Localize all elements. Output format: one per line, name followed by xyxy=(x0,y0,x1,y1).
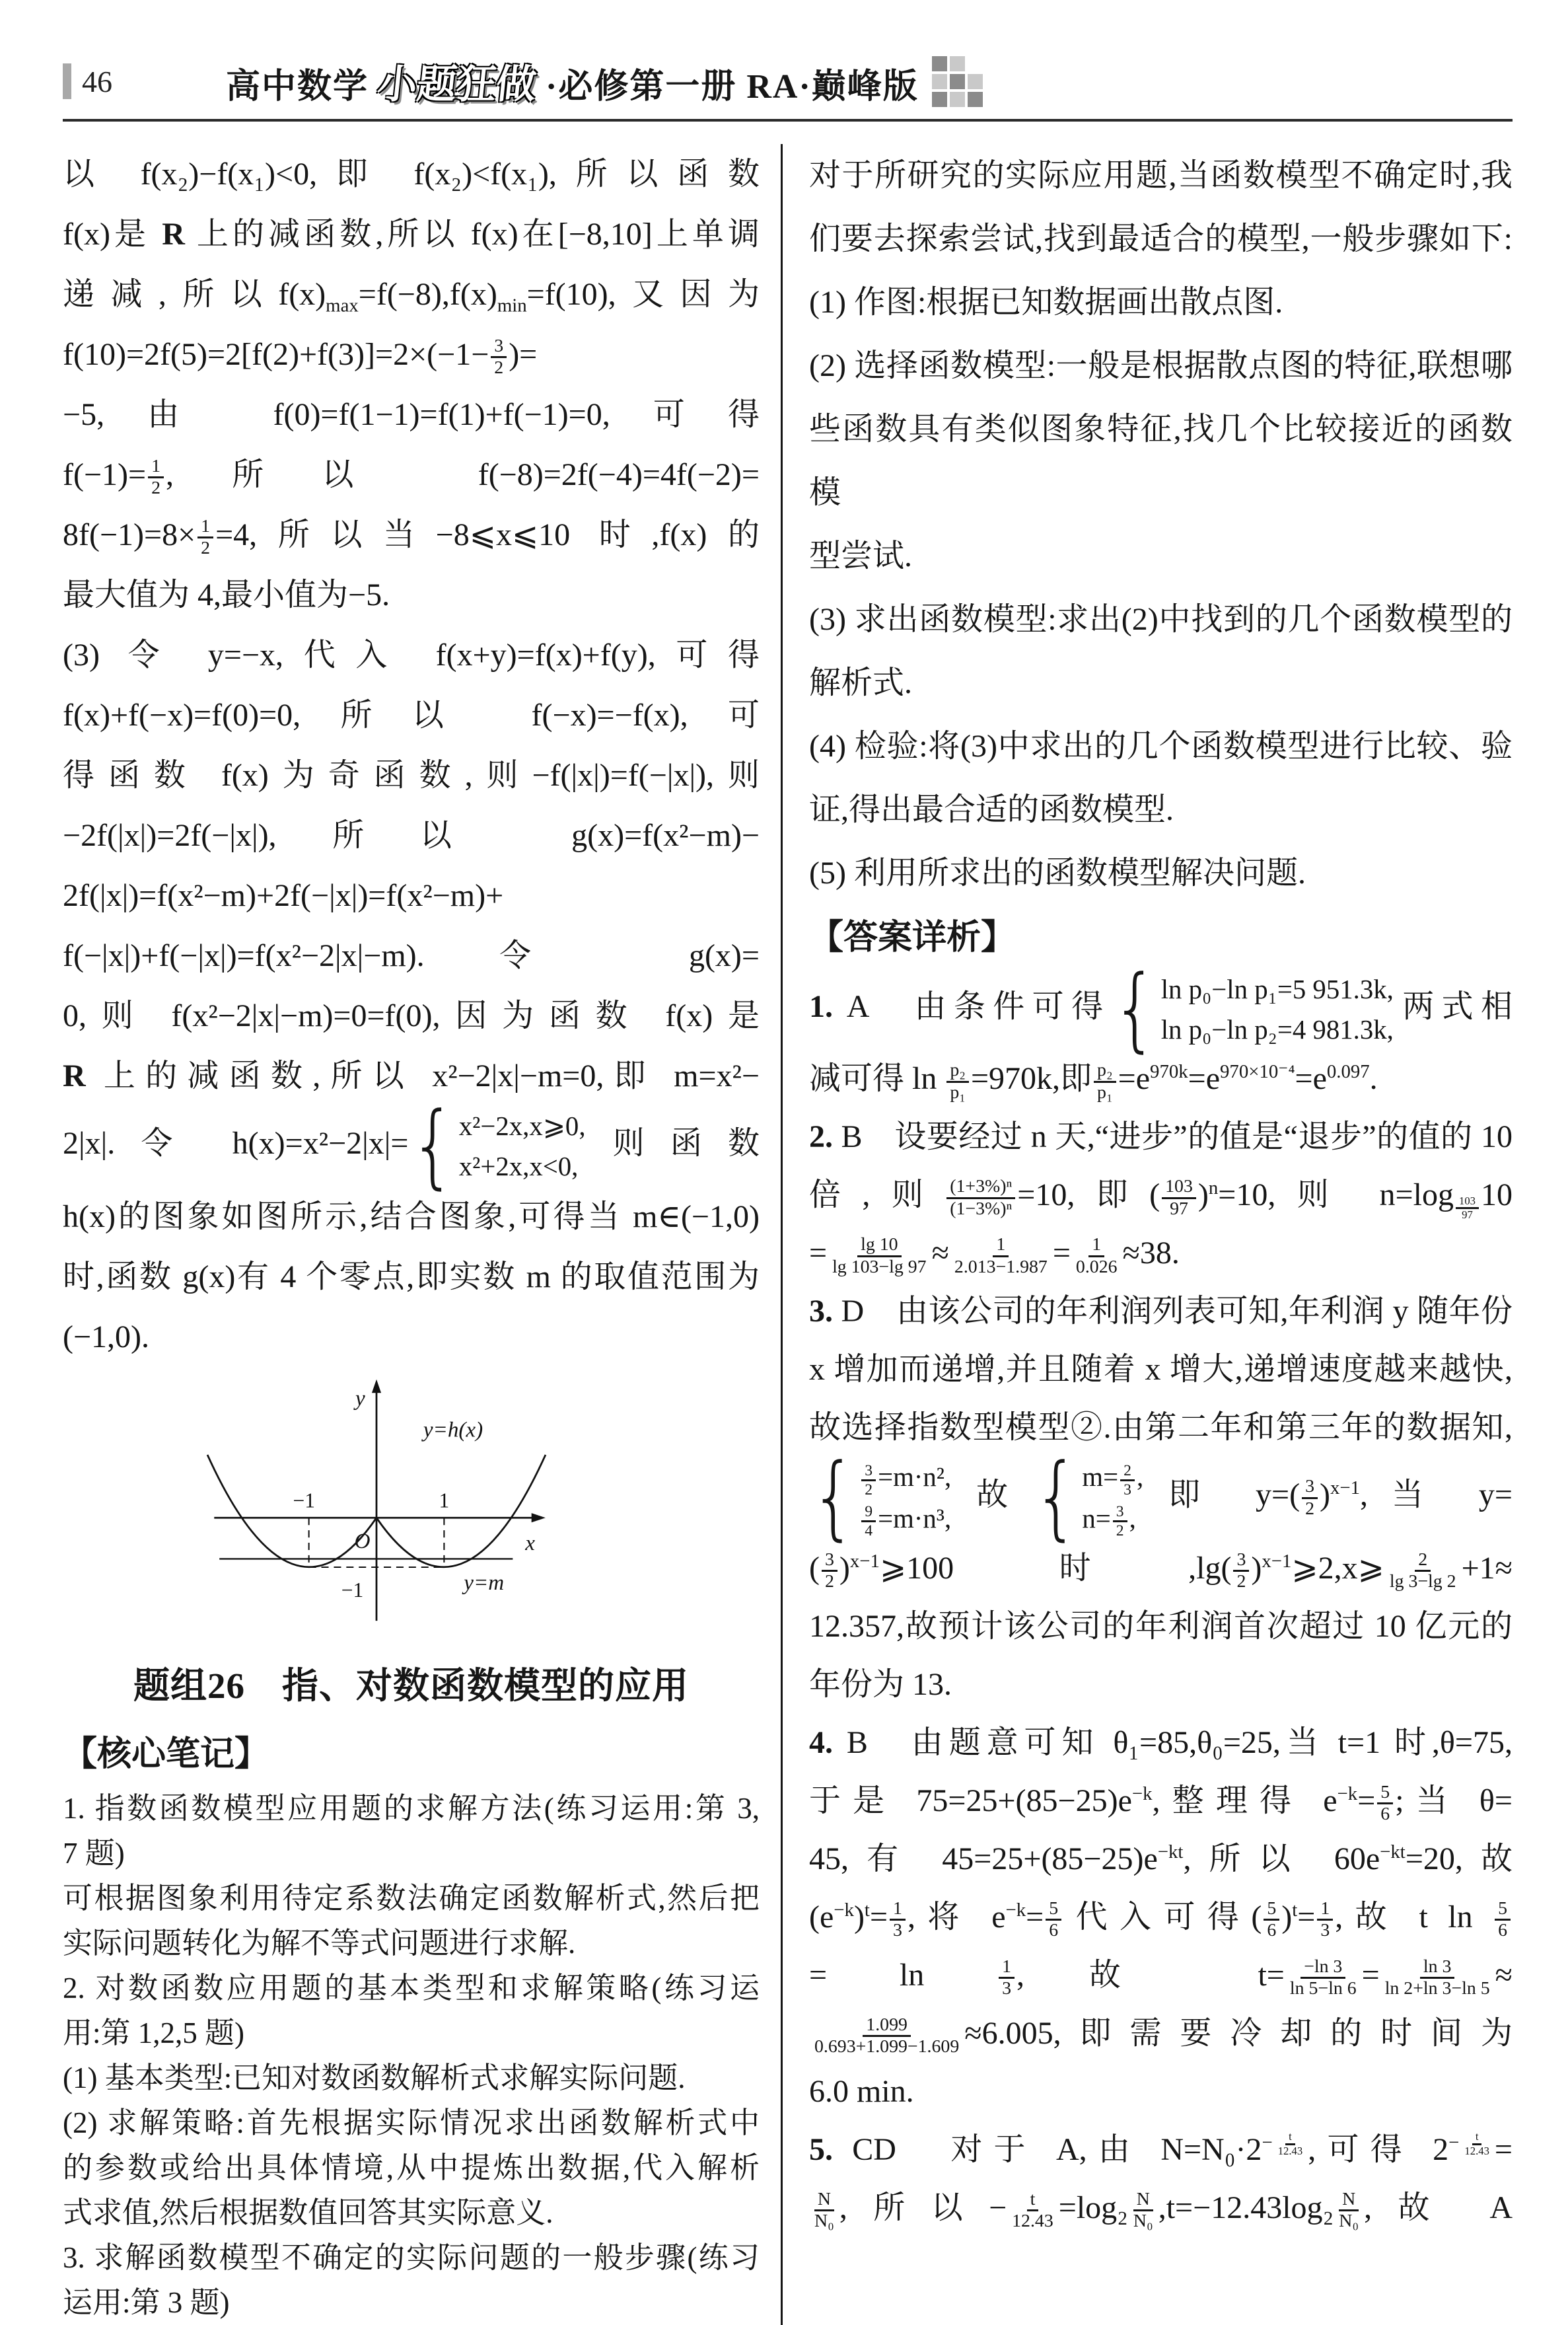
text-line: NN₀,所以−t12.43=log₂NN₀,t=−12.43log₂NN₀,故 … xyxy=(809,2179,1513,2237)
text-line: (1) 基本类型:已知对数函数解析式求解实际问题. xyxy=(63,2055,760,2100)
text-line: 时,函数 g(x)有 4 个零点,即实数 m 的取值范围为 xyxy=(63,1247,760,1307)
text-line: 些函数具有类似图象特征,找几个比较接近的函数模 xyxy=(809,398,1513,525)
text-line: 递减,所以f(x)max=f(−8),f(x)min=f(10),又因为 xyxy=(63,264,760,324)
x-tick-pos1: 1 xyxy=(439,1489,450,1512)
text-line: 故选择指数型模型②.由第二年和第三年的数据知, xyxy=(809,1399,1513,1457)
text-line: 用:第 1,2,5 题) xyxy=(63,2011,760,2055)
checker-icon xyxy=(932,56,983,107)
page-content: 以 f(x₂)−f(x₁)<0,即 f(x₂)<f(x₁),所以函数f(x)是 … xyxy=(63,144,1513,2325)
text-line: 减可得 ln p₂p₁=970k,即p₂p₁=e970k=e970×10⁻⁴=e… xyxy=(809,1050,1513,1108)
text-line: f(−1)=12,所以 f(−8)=2f(−4)=4f(−2)= xyxy=(63,445,760,505)
text-line: (5) 利用所求出的函数模型解决问题. xyxy=(809,842,1513,905)
steps-text: 对于所研究的实际应用题,当函数模型不确定时,我们要去探索尝试,找到最适合的模型,… xyxy=(809,144,1513,905)
text-line: 6.0 min. xyxy=(809,2063,1513,2121)
text-line: = ln 13,故 t=−ln 3ln 5−ln 6=ln 3ln 2+ln 3… xyxy=(809,1946,1513,2005)
function-graph-figure: y x O −1 1 −1 y=h(x) y=m xyxy=(205,1376,760,1626)
curve-label: y=h(x) xyxy=(421,1419,483,1442)
page-header: 46 高中数学 小题狂做 ·必修第一册 RA·巅峰版 xyxy=(63,53,1513,122)
right-column: 对于所研究的实际应用题,当函数模型不确定时,我们要去探索尝试,找到最适合的模型,… xyxy=(783,144,1513,2325)
left-column: 以 f(x₂)−f(x₁)<0,即 f(x₂)<f(x₁),所以函数f(x)是 … xyxy=(63,144,783,2325)
text-line: 12.357,故预计该公司的年利润首次超过 10 亿元的 xyxy=(809,1598,1513,1656)
text-line: 2f(|x|)=f(x²−m)+2f(−|x|)=f(x²−m)+ xyxy=(63,866,760,926)
text-line: 2|x|.令 h(x)=x²−2|x|={x²−2x,x⩾0,x²+2x,x<0… xyxy=(63,1106,760,1187)
text-line: 解析式. xyxy=(809,651,1513,715)
text-line: 于是 75=25+(85−25)e−k,整理得 e−k=56;当 θ= xyxy=(809,1772,1513,1830)
text-line: 1.0990.693+1.099−1.609≈6.005,即需要冷却的时间为 xyxy=(809,2005,1513,2063)
text-line: 年份为 13. xyxy=(809,1656,1513,1714)
text-line: {32=m·n²,94=m·n³,故{m=23,n=32,即 y=(32)x−1… xyxy=(809,1457,1513,1539)
core-notes-text: 1. 指数函数模型应用题的求解方法(练习运用:第 3,7 题)可根据图象利用待定… xyxy=(63,1786,760,2325)
text-line: 3. D 由该公司的年利润列表可知,年利润 y 随年份 xyxy=(809,1282,1513,1341)
text-line: 倍,则(1+3%)ⁿ(1−3%)ⁿ=10,即(10397)n=10,则 n=lo… xyxy=(809,1166,1513,1224)
core-notes-header: 【核心笔记】 xyxy=(63,1726,760,1775)
text-line: 的参数或给出具体情境,从中提炼出数据,代入解析 xyxy=(63,2145,760,2190)
text-line: 3. 求解函数模型不确定的实际问题的一般步骤(练习 xyxy=(63,2235,760,2280)
text-line: 5. CD 对于 A,由 N=N₀·2−t12.43,可得 2−t12.43= xyxy=(809,2121,1513,2179)
text-line: f(x)是 R 上的减函数,所以 f(x)在[−8,10]上单调 xyxy=(63,204,760,264)
text-line: 1. A 由条件可得{ln p₀−ln p₁=5 951.3k,ln p₀−ln… xyxy=(809,969,1513,1050)
x-axis-arrow xyxy=(532,1513,546,1522)
text-line: 8f(−1)=8×12=4,所以当−8⩽x⩽10 时,f(x)的 xyxy=(63,505,760,565)
origin-label: O xyxy=(355,1530,371,1553)
text-line: f(−|x|)+f(−|x|)=f(x²−2|x|−m).令 g(x)= xyxy=(63,926,760,986)
text-line: 4. B 由题意可知 θ₁=85,θ₀=25,当 t=1 时,θ=75, xyxy=(809,1714,1513,1772)
y-axis-arrow xyxy=(372,1380,381,1393)
text-line: (2) 选择函数模型:一般是根据散点图的特征,联想哪 xyxy=(809,334,1513,398)
h-of-x-graph: y x O −1 1 −1 y=h(x) y=m xyxy=(205,1376,548,1626)
text-line: (32)x−1⩾100 时,lg(32)x−1⩾2,x⩾2lg 3−lg 2+1… xyxy=(809,1539,1513,1598)
text-line: −5,由 f(0)=f(1−1)=f(1)+f(−1)=0,可得 xyxy=(63,385,760,445)
text-line: 2. 对数函数应用题的基本类型和求解策略(练习运 xyxy=(63,1966,760,2011)
title-prefix: 高中数学 xyxy=(226,58,369,108)
text-line: 2. B 设要经过 n 天,“进步”的值是“退步”的值的 10 xyxy=(809,1108,1513,1166)
text-line: 可根据图象利用待定系数法确定函数解析式,然后把 xyxy=(63,1876,760,1921)
textbook-page: 46 高中数学 小题狂做 ·必修第一册 RA·巅峰版 以 f(x₂)−f(x₁)… xyxy=(0,0,1568,2325)
text-line: −2f(|x|)=2f(−|x|),所以 g(x)=f(x²−m)− xyxy=(63,805,760,866)
text-line: 对于所研究的实际应用题,当函数模型不确定时,我 xyxy=(809,144,1513,207)
header-accent-bar xyxy=(63,63,71,99)
text-line: 1. 指数函数模型应用题的求解方法(练习运用:第 3, xyxy=(63,1786,760,1831)
y-axis-label: y xyxy=(353,1387,365,1411)
text-line: 型尝试. xyxy=(809,525,1513,588)
text-line: 45,有 45=25+(85−25)e−kt,所以 60e−kt=20,故 xyxy=(809,1830,1513,1888)
x-tick-neg1: −1 xyxy=(293,1489,316,1512)
y-tick-neg1: −1 xyxy=(341,1578,364,1602)
x-axis-label: x xyxy=(524,1532,535,1555)
text-line: 得函数 f(x)为奇函数,则−f(|x|)=f(−|x|),则 xyxy=(63,745,760,805)
text-line: 们要去探索尝试,找到最适合的模型,一般步骤如下: xyxy=(809,207,1513,271)
title-suffix: ·必修第一册 RA·巅峰版 xyxy=(546,58,919,108)
text-line: 运用:第 3 题) xyxy=(63,2280,760,2325)
text-line: 7 题) xyxy=(63,1831,760,1876)
text-line: 0,则 f(x²−2|x|−m)=0=f(0),因为函数 f(x)是 xyxy=(63,986,760,1046)
m-line-label: y=m xyxy=(462,1571,504,1595)
text-line: 实际问题转化为解不等式问题进行求解. xyxy=(63,1921,760,1966)
text-line: (e−k)t=13,将 e−k=56代入可得(56)t=13,故 t ln 56 xyxy=(809,1888,1513,1946)
text-line: 式求值,然后根据数值回答其实际意义. xyxy=(63,2190,760,2235)
text-line: f(10)=2f(5)=2[f(2)+f(3)]=2×(−1−32)= xyxy=(63,324,760,385)
text-line: x 增加而递增,并且随着 x 增大,递增速度越来越快, xyxy=(809,1341,1513,1399)
series-logo: 小题狂做 xyxy=(374,53,539,110)
text-line: =lg 10lg 103−lg 97≈12.013−1.987=10.026≈3… xyxy=(809,1224,1513,1282)
text-line: (3) 求出函数模型:求出(2)中找到的几个函数模型的 xyxy=(809,588,1513,651)
text-line: (2) 求解策略:首先根据实际情况求出函数解析式中 xyxy=(63,2100,760,2145)
text-line: f(x)+f(−x)=f(0)=0,所以 f(−x)=−f(x),可 xyxy=(63,685,760,745)
answers-header: 【答案详析】 xyxy=(809,909,1513,959)
text-line: (3) 令 y=−x,代入 f(x+y)=f(x)+f(y),可得 xyxy=(63,625,760,685)
text-line: 最大值为 4,最小值为−5. xyxy=(63,565,760,625)
section-title: 题组26 指、对数函数模型的应用 xyxy=(63,1656,760,1709)
text-line: (−1,0). xyxy=(63,1307,760,1367)
text-line: (1) 作图:根据已知数据画出散点图. xyxy=(809,271,1513,334)
text-line: 以 f(x₂)−f(x₁)<0,即 f(x₂)<f(x₁),所以函数 xyxy=(63,144,760,204)
answers-text: 1. A 由条件可得{ln p₀−ln p₁=5 951.3k,ln p₀−ln… xyxy=(809,969,1513,2237)
text-line: 证,得出最合适的函数模型. xyxy=(809,778,1513,842)
page-number: 46 xyxy=(82,64,112,99)
text-line: (4) 检验:将(3)中求出的几个函数模型进行比较、验 xyxy=(809,715,1513,778)
book-title: 高中数学 小题狂做 ·必修第一册 RA·巅峰版 xyxy=(226,53,919,110)
solution-text: 以 f(x₂)−f(x₁)<0,即 f(x₂)<f(x₁),所以函数f(x)是 … xyxy=(63,144,760,1367)
